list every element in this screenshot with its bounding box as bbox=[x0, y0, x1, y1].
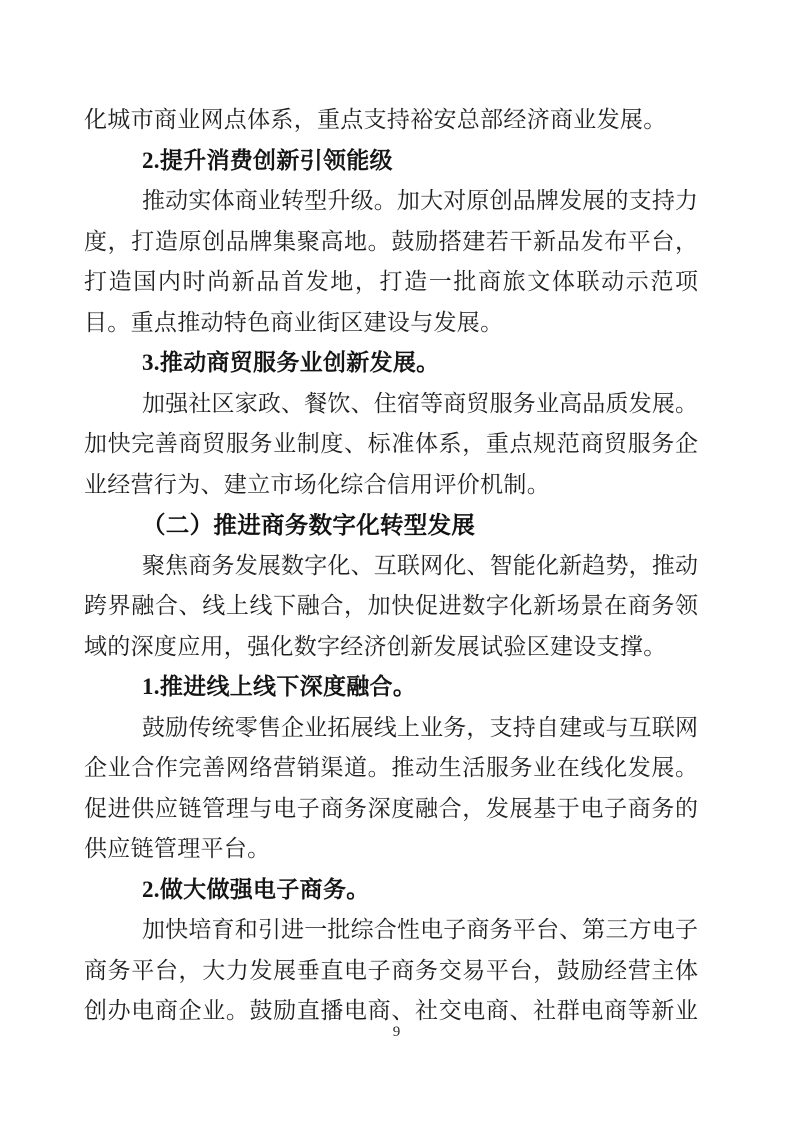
heading-line: 1.推进线上线下深度融合。 bbox=[84, 667, 698, 708]
body-line: 加强社区家政、餐饮、住宿等商贸服务业高品质发展。 bbox=[84, 384, 698, 425]
body-line: 域的深度应用，强化数字经济创新发展试验区建设支撑。 bbox=[84, 627, 698, 668]
heading-line: 2.提升消费创新引领能级 bbox=[84, 141, 698, 182]
body-line: 化城市商业网点体系，重点支持裕安总部经济商业发展。 bbox=[84, 100, 698, 141]
document-page: 化城市商业网点体系，重点支持裕安总部经济商业发展。2.提升消费创新引领能级推动实… bbox=[0, 0, 793, 1122]
body-line: 鼓励传统零售企业拓展线上业务，支持自建或与互联网 bbox=[84, 708, 698, 749]
body-line: 跨界融合、线上线下融合，加快促进数字化新场景在商务领 bbox=[84, 586, 698, 627]
document-body: 化城市商业网点体系，重点支持裕安总部经济商业发展。2.提升消费创新引领能级推动实… bbox=[84, 100, 698, 1032]
body-line: 打造国内时尚新品首发地，打造一批商旅文体联动示范项 bbox=[84, 262, 698, 303]
body-line: 加快培育和引进一批综合性电子商务平台、第三方电子 bbox=[84, 910, 698, 951]
body-line: 促进供应链管理与电子商务深度融合，发展基于电子商务的 bbox=[84, 789, 698, 830]
body-line: 目。重点推动特色商业街区建设与发展。 bbox=[84, 303, 698, 344]
heading-line: （二）推进商务数字化转型发展 bbox=[84, 505, 698, 546]
body-line: 度，打造原创品牌集聚高地。鼓励搭建若干新品发布平台， bbox=[84, 222, 698, 263]
body-line: 企业合作完善网络营销渠道。推动生活服务业在线化发展。 bbox=[84, 748, 698, 789]
heading-line: 2.做大做强电子商务。 bbox=[84, 870, 698, 911]
body-line: 商务平台，大力发展垂直电子商务交易平台，鼓励经营主体 bbox=[84, 951, 698, 992]
body-line: 业经营行为、建立市场化综合信用评价机制。 bbox=[84, 465, 698, 506]
body-line: 聚焦商务发展数字化、互联网化、智能化新趋势，推动 bbox=[84, 546, 698, 587]
body-line: 加快完善商贸服务业制度、标准体系，重点规范商贸服务企 bbox=[84, 424, 698, 465]
page-number: 9 bbox=[0, 1022, 793, 1042]
heading-line: 3.推动商贸服务业创新发展。 bbox=[84, 343, 698, 384]
body-line: 供应链管理平台。 bbox=[84, 829, 698, 870]
body-line: 推动实体商业转型升级。加大对原创品牌发展的支持力 bbox=[84, 181, 698, 222]
